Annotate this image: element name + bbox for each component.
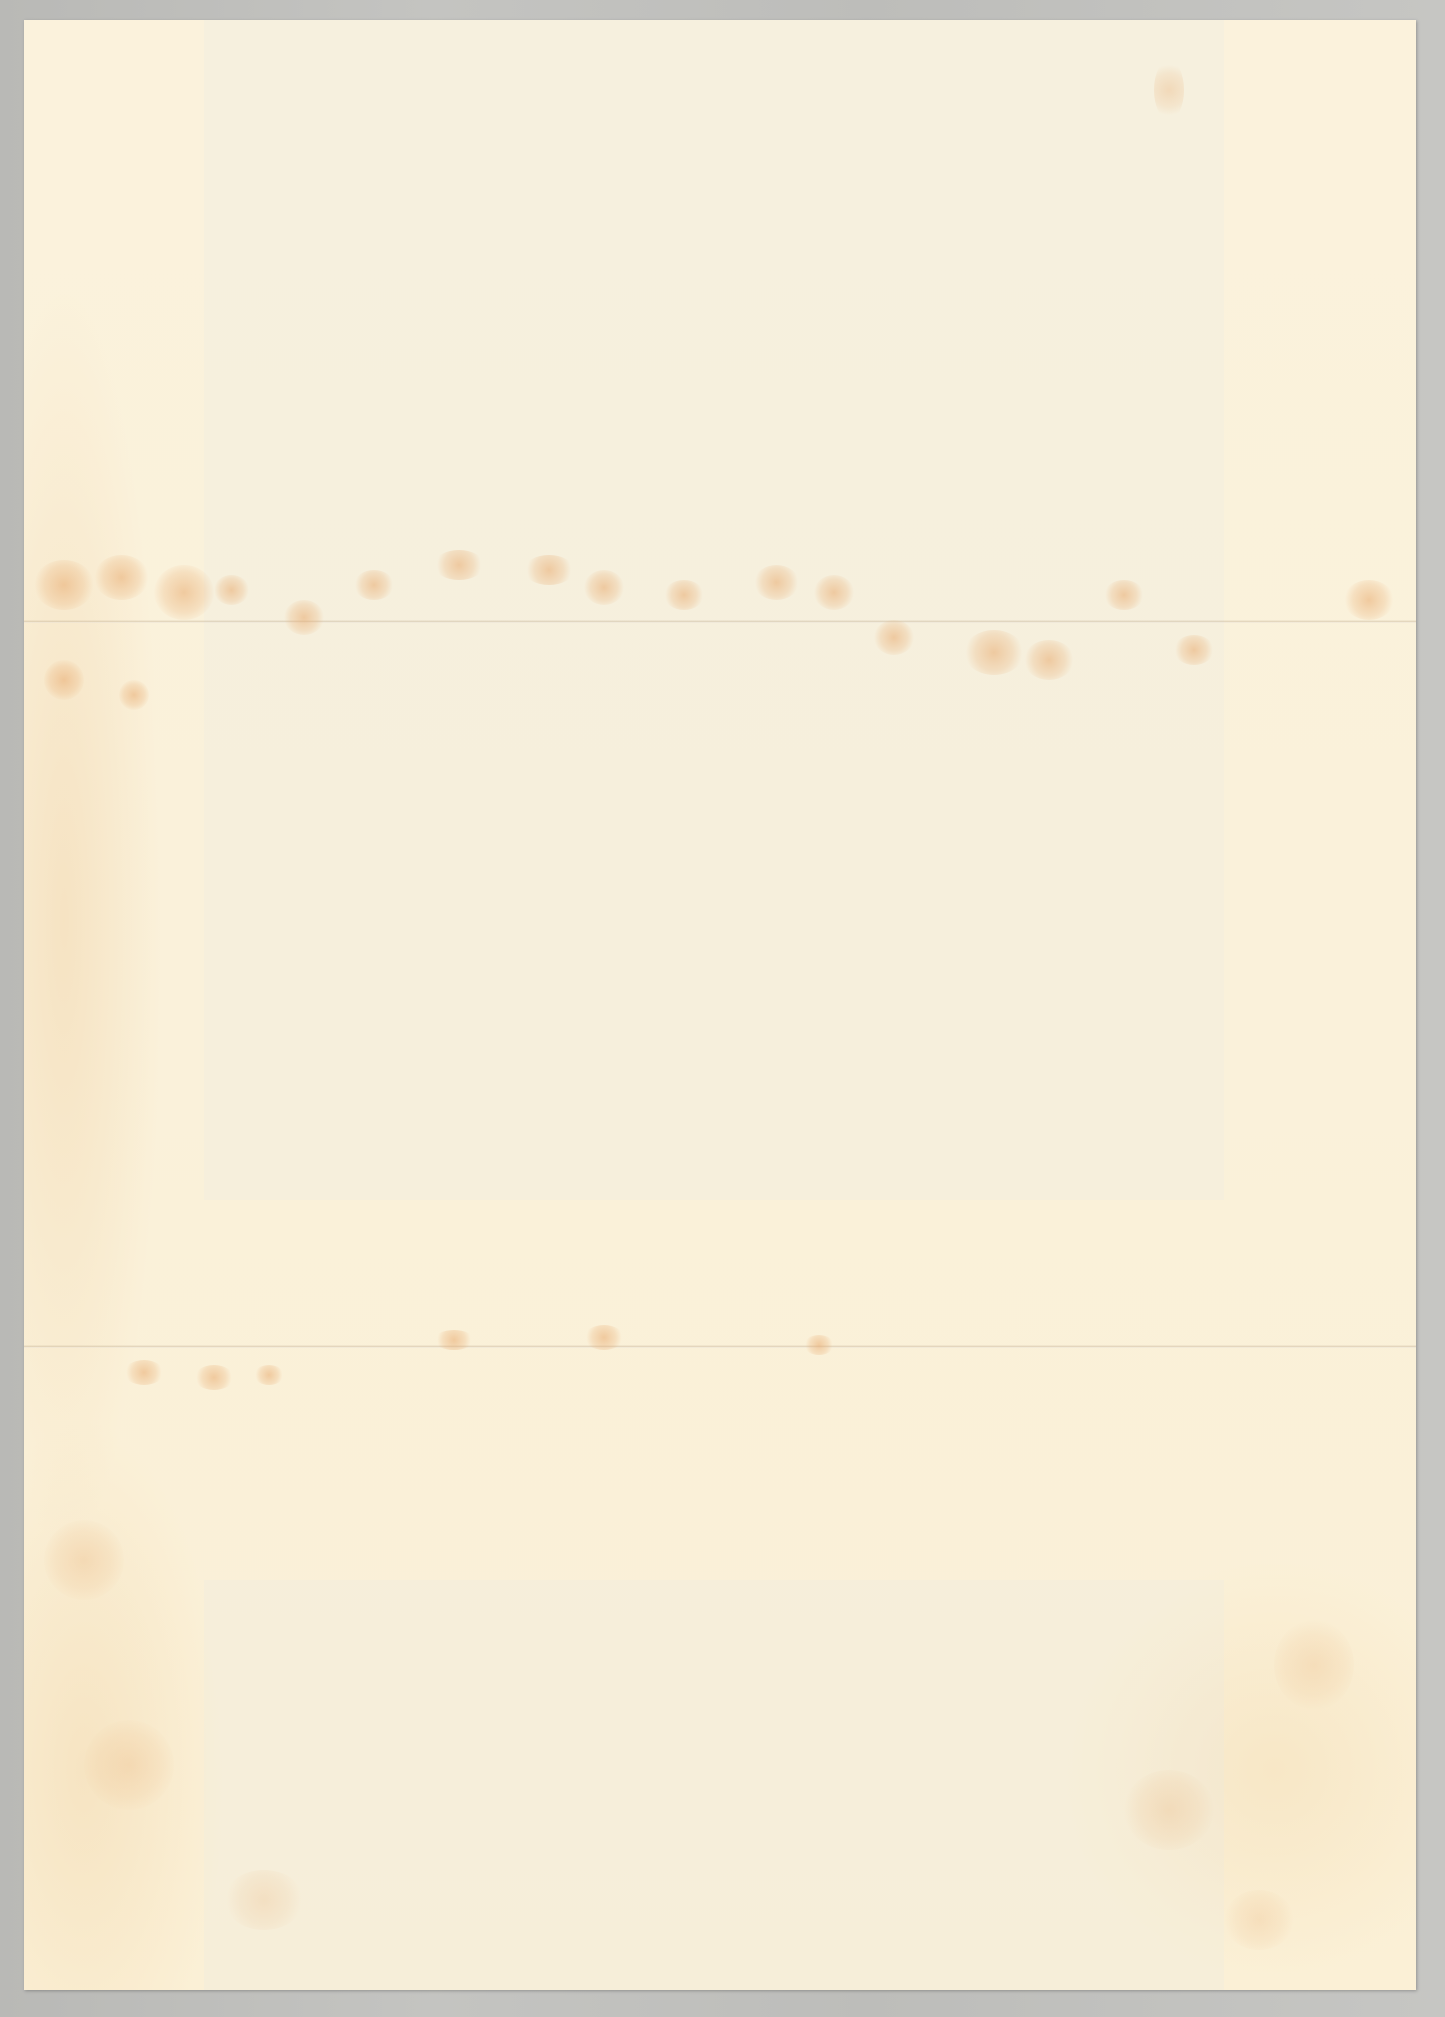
paper-sheet	[24, 20, 1416, 1990]
fold-line-lower	[24, 1345, 1416, 1348]
fold-line-upper	[24, 620, 1416, 623]
foxing-stains-lower	[24, 1320, 1416, 1420]
stain-top-right	[1154, 60, 1184, 120]
bleed-through-area-lower	[204, 1580, 1224, 1990]
bleed-through-area	[204, 20, 1224, 1200]
